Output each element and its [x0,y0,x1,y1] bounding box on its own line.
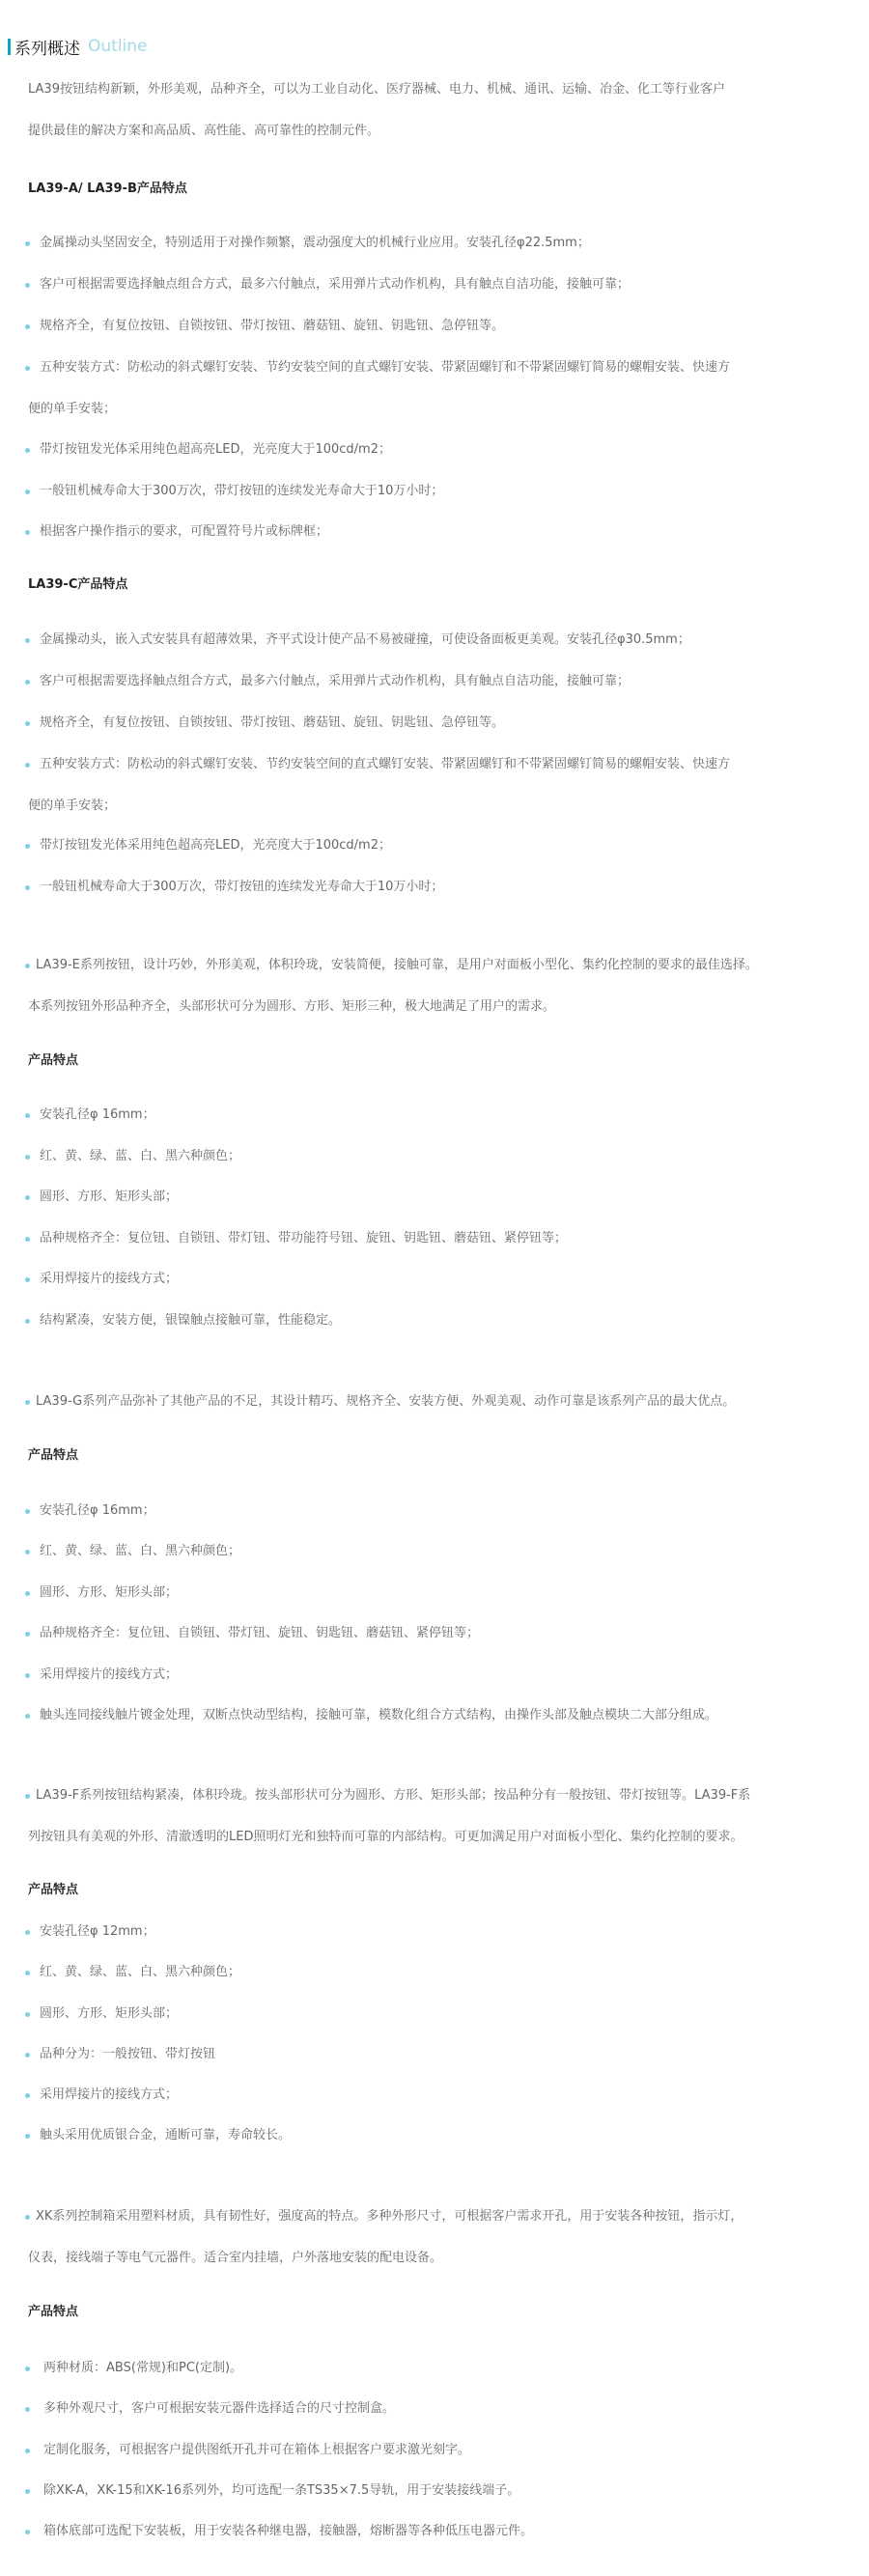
list-item: 安装孔径φ 16mm； [25,1106,155,1124]
bullet-dot-icon [25,2012,30,2017]
list-item: 红、黄、绿、蓝、白、黑六种颜色； [25,1543,240,1560]
bullet-dot-icon [25,1591,30,1596]
list-item: 客户可根据需要选择触点组合方式，最多六付触点，采用弹片式动作机构，具有触点自洁功… [25,276,630,294]
bullet-dot-icon [25,1155,30,1160]
list-item: 带灯按钮发光体采用纯色超高亮LED，光亮度大于100cd/m2； [25,441,391,459]
bullet-dot-icon [25,1714,30,1719]
list-item: 金属操动头坚固安全，特别适用于对操作频繁，震动强度大的机械行业应用。安装孔径φ2… [25,235,590,252]
list-item-wrap: 便的单手安装； [28,798,116,815]
list-item: 两种材质：ABS(常规)和PC(定制)。 [25,2360,242,2377]
bullet-dot-icon [25,1673,30,1678]
intro-line-2: 提供最佳的解决方案和高品质、高性能、高可靠性的控制元件。 [28,123,379,140]
series-intro-f-line-2: 列按钮具有美观的外形、清澈透明的LED照明灯光和独特而可靠的内部结构。可更加满足… [28,1829,743,1846]
series-intro-g: LA39-G系列产品弥补了其他产品的不足，其设计精巧、规格齐全、安装方便、外观美… [25,1393,735,1411]
list-item: 规格齐全，有复位按钮、自锁按钮、带灯按钮、蘑菇钮、旋钮、钥匙钮、急停钮等。 [25,714,504,732]
bullet-dot-icon [25,1550,30,1554]
bullet-dot-icon [25,1113,30,1118]
list-item: 一般钮机械寿命大于300万次，带灯按钮的连续发光寿命大于10万小时； [25,483,443,500]
list-item: 采用焊接片的接线方式； [25,2086,178,2104]
heading-la39-c: LA39-C产品特点 [28,576,127,594]
bullet-dot-icon [25,763,30,768]
series-intro-f: LA39-F系列按钮结构紧凑，体积玲珑。按头部形状可分为圆形、方形、矩形头部；按… [25,1787,750,1805]
list-item-wrap: 便的单手安装； [28,401,116,418]
list-item: 安装孔径φ 12mm； [25,1923,155,1941]
heading-la39-ab: LA39-A/ LA39-B产品特点 [28,181,187,198]
bullet-dot-icon [25,1509,30,1514]
list-item: 触头采用优质银合金，通断可靠，寿命较长。 [25,2127,291,2144]
bullet-dot-icon [25,448,30,453]
list-item: 红、黄、绿、蓝、白、黑六种颜色； [25,1148,240,1165]
series-intro-xk-line-2: 仪表，接线端子等电气元器件。适合室内挂墙，户外落地安装的配电设备。 [28,2250,442,2267]
bullet-dot-icon [25,283,30,288]
list-item: 安装孔径φ 16mm； [25,1502,155,1520]
bullet-dot-icon [25,324,30,329]
list-item: 多种外观尺寸，客户可根据安装元器件选择适合的尺寸控制盒。 [25,2400,395,2418]
list-item: 一般钮机械寿命大于300万次，带灯按钮的连续发光寿命大于10万小时； [25,879,443,896]
list-item: 根据客户操作指示的要求，可配置符号片或标牌框； [25,523,328,541]
bullet-dot-icon [25,2366,30,2371]
series-intro-e: LA39-E系列按钮，设计巧妙，外形美观，体积玲珑，安装简便，接触可靠，是用户对… [25,957,758,974]
section-title: 系列概述 Outline [8,35,148,58]
bullet-dot-icon [25,1971,30,1975]
list-item: 结构紧凑，安装方便，银镍触点接触可靠，性能稳定。 [25,1312,341,1330]
bullet-dot-icon [25,885,30,890]
list-item: 品种规格齐全：复位钮、自锁钮、带灯钮、旋钮、钥匙钮、蘑菇钮、紧停钮等； [25,1625,479,1642]
bullet-dot-icon [25,2407,30,2412]
list-item: 除XK-A，XK-15和XK-16系列外，均可选配一条TS35×7.5导轨，用于… [25,2482,519,2500]
bullet-dot-icon [25,1794,30,1799]
intro-line-1: LA39按钮结构新颖，外形美观，品种齐全，可以为工业自动化、医疗器械、电力、机械… [28,81,725,98]
list-item: 圆形、方形、矩形头部； [25,2005,178,2023]
title-english: Outline [88,37,148,56]
heading-features-xk: 产品特点 [28,2304,78,2321]
bullet-dot-icon [25,2449,30,2453]
bullet-dot-icon [25,2530,30,2534]
list-item: 箱体底部可选配下安装板，用于安装各种继电器，接触器，熔断器等各种低压电器元件。 [25,2523,533,2540]
bullet-dot-icon [25,721,30,726]
title-chinese: 系列概述 [14,35,80,59]
list-item: 规格齐全，有复位按钮、自锁按钮、带灯按钮、蘑菇钮、旋钮、钥匙钮、急停钮等。 [25,318,504,335]
bullet-dot-icon [25,1195,30,1200]
bullet-dot-icon [25,844,30,849]
list-item: 金属操动头，嵌入式安装具有超薄效果，齐平式设计使产品不易被碰撞，可使设备面板更美… [25,631,690,649]
bullet-dot-icon [25,1319,30,1324]
bullet-dot-icon [25,2489,30,2494]
heading-features-f: 产品特点 [28,1882,78,1899]
series-intro-e-line-2: 本系列按钮外形品种齐全，头部形状可分为圆形、方形、矩形三种，极大地满足了用户的需… [28,998,555,1016]
series-intro-xk: XK系列控制箱采用塑料材质，具有韧性好，强度高的特点。多种外形尺寸，可根据客户需… [25,2208,743,2226]
list-item: 采用焊接片的接线方式； [25,1666,178,1684]
bullet-dot-icon [25,366,30,371]
list-item: 触头连同接线触片镀金处理，双断点快动型结构，接触可靠，模数化组合方式结构，由操作… [25,1707,717,1724]
bullet-dot-icon [25,490,30,494]
heading-features-g: 产品特点 [28,1447,78,1465]
bullet-dot-icon [25,2215,30,2220]
list-item: 采用焊接片的接线方式； [25,1271,178,1288]
bullet-dot-icon [25,1400,30,1405]
bullet-dot-icon [25,1237,30,1242]
list-item: 带灯按钮发光体采用纯色超高亮LED，光亮度大于100cd/m2； [25,837,391,854]
bullet-dot-icon [25,638,30,643]
bullet-dot-icon [25,241,30,246]
bullet-dot-icon [25,1632,30,1637]
bullet-dot-icon [25,2093,30,2098]
list-item: 五种安装方式：防松动的斜式螺钉安装、节约安装空间的直式螺钉安装、带紧固螺钉和不带… [25,359,730,377]
bullet-dot-icon [25,2053,30,2058]
list-item: 五种安装方式：防松动的斜式螺钉安装、节约安装空间的直式螺钉安装、带紧固螺钉和不带… [25,756,730,773]
list-item: 品种分为：一般按钮、带灯按钮 [25,2046,215,2063]
bullet-dot-icon [25,1277,30,1282]
list-item: 圆形、方形、矩形头部； [25,1189,178,1206]
bullet-dot-icon [25,964,30,968]
list-item: 定制化服务，可根据客户提供图纸开孔并可在箱体上根据客户要求激光刻字。 [25,2442,470,2459]
bullet-dot-icon [25,2134,30,2139]
list-item: 红、黄、绿、蓝、白、黑六种颜色； [25,1964,240,1981]
heading-features-e: 产品特点 [28,1052,78,1070]
bullet-dot-icon [25,680,30,685]
bullet-dot-icon [25,530,30,535]
bullet-dot-icon [25,1930,30,1935]
list-item: 客户可根据需要选择触点组合方式，最多六付触点，采用弹片式动作机构，具有触点自洁功… [25,673,630,690]
list-item: 圆形、方形、矩形头部； [25,1584,178,1602]
list-item: 品种规格齐全：复位钮、自锁钮、带灯钮、带功能符号钮、旋钮、钥匙钮、蘑菇钮、紧停钮… [25,1230,567,1247]
title-accent-bar [8,39,11,55]
